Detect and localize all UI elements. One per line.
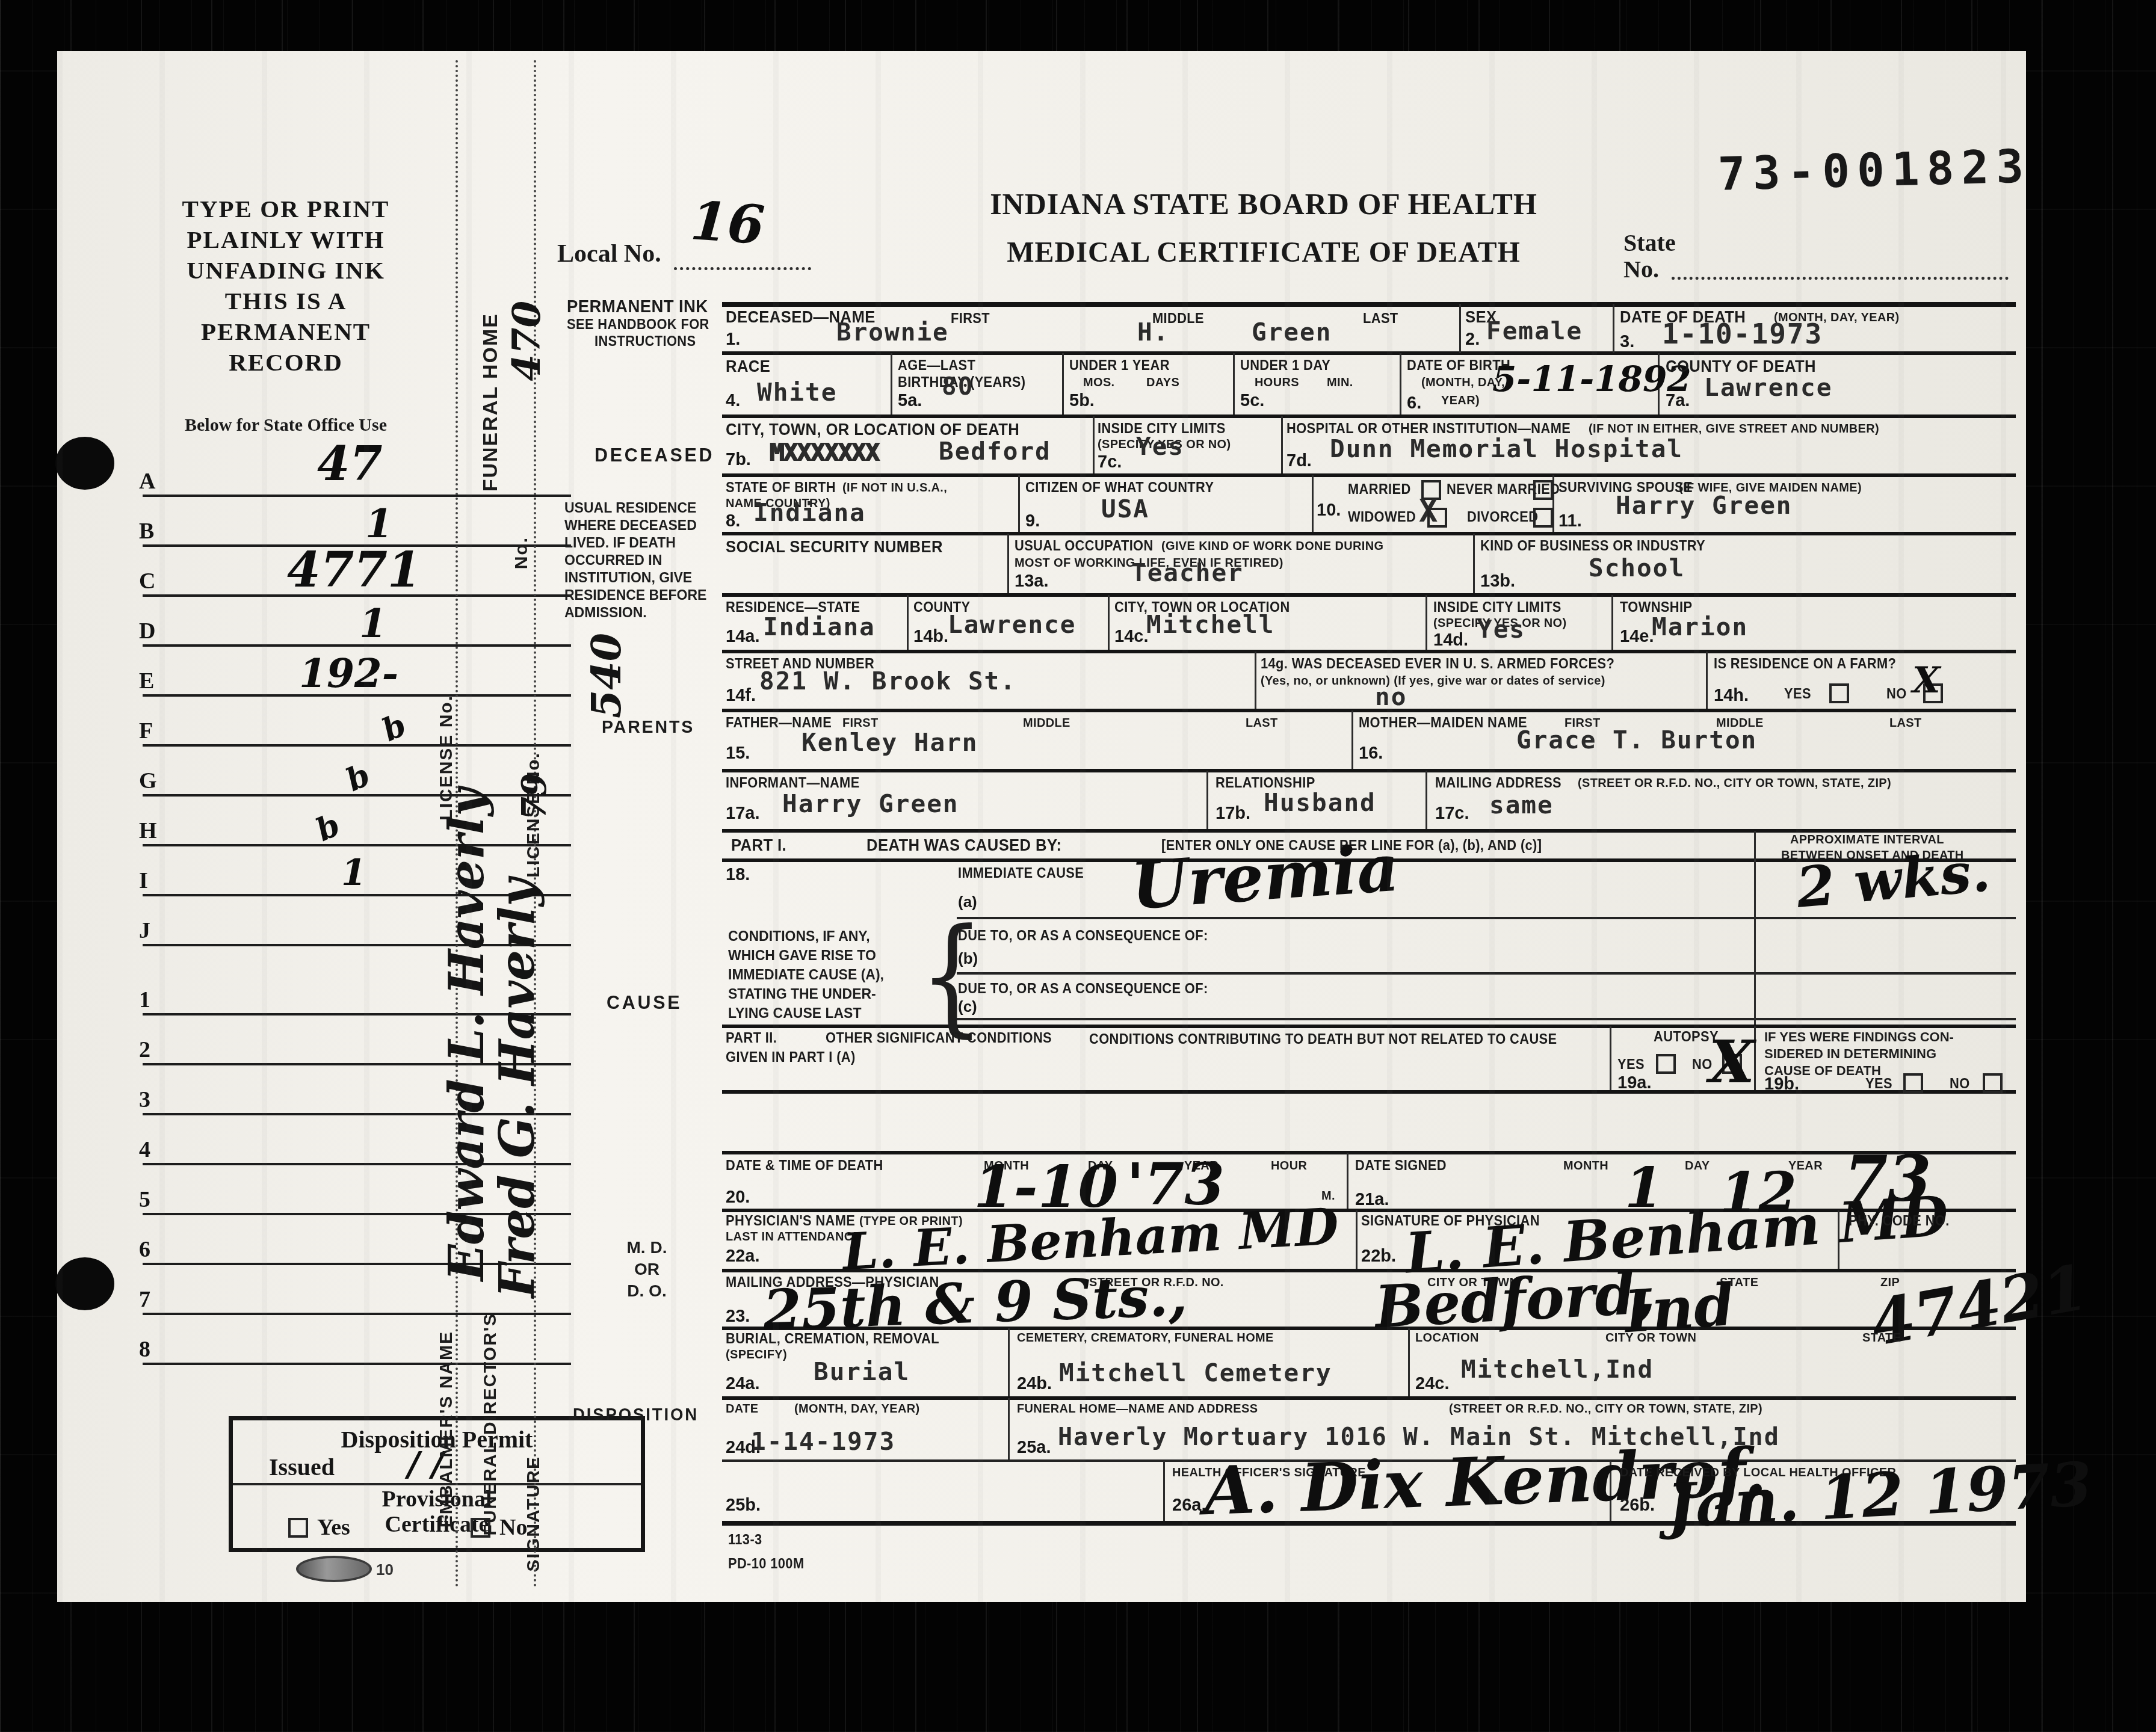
relationship-value: Husband: [1264, 788, 1376, 817]
grid-vline: [1281, 416, 1283, 473]
burial-sub: (SPECIFY): [726, 1348, 787, 1362]
line-value: 47: [317, 437, 383, 492]
item-20-number: 20.: [726, 1188, 750, 1207]
residence-note-line: OCCURRED IN: [564, 552, 706, 569]
residence-note-line: WHERE DECEASED: [564, 517, 706, 534]
grid-vline: [1008, 1398, 1010, 1459]
residence-limits-value: Yes: [1477, 615, 1525, 644]
line-letter: I: [139, 868, 148, 894]
mailing-address-label: MAILING ADDRESS: [1435, 775, 1561, 791]
office-line-C: C4771: [143, 594, 571, 597]
line-value: 4771: [287, 541, 421, 598]
widowed-checkbox: [1427, 508, 1447, 528]
state-office-use-label: Below for State Office Use: [141, 415, 430, 436]
findings-note: IF YES WERE FINDINGS CON- SIDERED IN DET…: [1764, 1029, 1954, 1079]
findings-no-label: NO: [1950, 1076, 1970, 1092]
item-19b-number: 19b.: [1764, 1074, 1799, 1094]
burial-date-label: DATE: [726, 1402, 758, 1416]
burial-date-value: 1-14-1973: [751, 1427, 895, 1456]
mos-label: MOS.: [1083, 375, 1115, 390]
conditions-line: STATING THE UNDER-: [728, 984, 884, 1003]
due-to-1-label: DUE TO, OR AS A CONSEQUENCE OF:: [958, 928, 1208, 944]
residence-state-value: Indiana: [763, 612, 876, 641]
autopsy-yes-label: YES: [1617, 1056, 1645, 1073]
never-married-checkbox: [1533, 480, 1553, 500]
residence-note-line: USUAL RESIDENCE: [564, 499, 706, 517]
findings-yes-label: YES: [1865, 1076, 1892, 1092]
grid-vline: [907, 595, 909, 650]
notice-line: PERMANENT: [144, 316, 427, 347]
physician-name-sub2: LAST IN ATTENDANCE: [726, 1230, 861, 1244]
item-24a-number: 24a.: [726, 1374, 759, 1394]
occupation-label: USUAL OCCUPATION: [1015, 538, 1154, 554]
part-2-title: OTHER SIGNIFICANT CONDITIONS: [826, 1030, 1052, 1046]
grid-vline: [1425, 771, 1427, 829]
item-7c-number: 7c.: [1098, 452, 1122, 472]
grid-vline: [1610, 1026, 1611, 1090]
item-5a-number: 5a.: [898, 391, 922, 411]
grid-vline: [1206, 771, 1208, 829]
line-letter: D: [139, 618, 155, 644]
grid-vline: [1233, 353, 1235, 415]
grid-vline: [1007, 534, 1009, 593]
farm-no-x-mark: X: [1912, 659, 1941, 701]
conditions-line: LYING CAUSE LAST: [728, 1003, 884, 1023]
cause-b-label: (b): [958, 949, 978, 968]
section-disposition: DISPOSITION: [573, 1405, 699, 1425]
certificate-number-stamp: 73-001823: [1717, 139, 2031, 201]
item-26b-number: 26b.: [1620, 1496, 1655, 1515]
or-line: OR: [608, 1259, 686, 1280]
item-17c-number: 17c.: [1435, 804, 1469, 824]
cemetery-value: Mitchell Cemetery: [1059, 1358, 1332, 1387]
item-4-number: 4.: [726, 391, 740, 411]
age-value: 80: [942, 372, 974, 401]
state-no-label-2: No.: [1623, 255, 1659, 283]
father-value: Kenley Harn: [802, 728, 978, 757]
permanent-ink-note-2: SEE HANDBOOK FOR: [567, 316, 709, 333]
state-no-label-1: State: [1623, 229, 1676, 257]
grid-border: [722, 473, 2016, 477]
location-city-label: CITY OR TOWN: [1605, 1331, 1696, 1345]
local-no-line: [674, 267, 811, 270]
line-letter: 8: [139, 1336, 150, 1363]
line-letter: 2: [139, 1037, 150, 1063]
item-7b-number: 7b.: [726, 450, 751, 470]
item-22a-number: 22a.: [726, 1247, 759, 1266]
item-21a-number: 21a.: [1355, 1190, 1389, 1210]
line-letter: 7: [139, 1286, 150, 1313]
findings-line: IF YES WERE FINDINGS CON-: [1764, 1029, 1954, 1046]
item-23-number: 23.: [726, 1307, 750, 1327]
item-25b-number: 25b.: [726, 1496, 761, 1515]
line-letter: E: [139, 668, 154, 694]
middle-name-value: H.: [1137, 318, 1169, 347]
section-cause: CAUSE: [607, 991, 682, 1014]
age-label: AGE—LAST: [898, 357, 975, 374]
burial-label: BURIAL, CREMATION, REMOVAL: [726, 1331, 939, 1347]
item-19a-number: 19a.: [1617, 1073, 1651, 1093]
item-15-number: 15.: [726, 744, 750, 763]
provisional-yes-label: Yes: [317, 1514, 350, 1541]
line-letter: H: [139, 818, 157, 844]
farm-yes-label: YES: [1784, 686, 1811, 702]
date-of-birth-value: 5-11-1892: [1492, 359, 1691, 399]
part-1-label: PART I.: [731, 836, 786, 855]
grid-vline: [1062, 353, 1064, 415]
item-22b-number: 22b.: [1361, 1247, 1396, 1266]
grid-border: [722, 1025, 2016, 1028]
cause-b-line: [957, 972, 2016, 975]
funeral-director-signature: Fred G. Haverly: [489, 878, 545, 1298]
section-deceased: DECEASED: [595, 444, 714, 466]
grid-vline: [1754, 831, 1756, 1025]
item-14h-number: 14h.: [1714, 686, 1749, 706]
city-of-death-struck-value: MXXXXXXX: [769, 438, 878, 467]
cause-c-label: (c): [958, 997, 977, 1016]
state-office-side-number: 540: [582, 633, 631, 718]
grid-border: [722, 532, 2016, 535]
grid-vline: [1163, 1461, 1165, 1521]
permanent-ink-note-1: PERMANENT INK: [567, 297, 708, 317]
mother-value: Grace T. Burton: [1516, 726, 1757, 754]
notice-line: UNFADING INK: [144, 255, 427, 286]
conditions-note: CONDITIONS, IF ANY, WHICH GAVE RISE TO I…: [728, 926, 884, 1023]
signature-vertical-label: SIGNATURE: [524, 1456, 544, 1571]
inside-limits-value: Yes: [1136, 432, 1184, 461]
location-value: Mitchell,Ind: [1461, 1355, 1654, 1384]
line-letter: 6: [139, 1236, 150, 1263]
section-parents: PARENTS: [602, 717, 694, 738]
item-7a-number: 7a.: [1666, 391, 1690, 411]
residence-note-line: ADMISSION.: [564, 604, 706, 621]
residence-note-line: RESIDENCE BEFORE: [564, 587, 706, 604]
funeral-home-label: FUNERAL HOME—NAME AND ADDRESS: [1017, 1402, 1258, 1416]
occupation-sub1: (GIVE KIND OF WORK DONE DURING: [1161, 539, 1383, 553]
spouse-value: Harry Green: [1616, 491, 1793, 520]
armed-forces-sub: (Yes, no, or unknown) (If yes, give war …: [1261, 674, 1605, 688]
armed-forces-label: 14g. WAS DECEASED EVER IN U. S. ARMED FO…: [1261, 656, 1614, 672]
burial-value: Burial: [814, 1357, 910, 1386]
findings-no-checkbox: [1983, 1073, 2003, 1093]
death-caused-by-label: DEATH WAS CAUSED BY:: [866, 836, 1061, 855]
md-line: M. D.: [608, 1237, 686, 1259]
city-of-death-value: Bedford: [939, 437, 1051, 466]
informant-label: INFORMANT—NAME: [726, 775, 860, 791]
item-8-number: 8.: [726, 511, 740, 531]
line-letter: 5: [139, 1186, 150, 1213]
office-line-A: A47: [143, 495, 571, 497]
due-to-2-label: DUE TO, OR AS A CONSEQUENCE OF:: [958, 981, 1208, 997]
form-subtitle: MEDICAL CERTIFICATE OF DEATH: [987, 236, 1540, 269]
grid-vline: [1613, 304, 1614, 353]
item-2-number: 2.: [1465, 330, 1480, 350]
notice-line: RECORD: [144, 347, 427, 378]
grid-border: [722, 351, 2016, 355]
grid-vline: [1008, 1328, 1010, 1396]
farm-label: IS RESIDENCE ON A FARM?: [1714, 656, 1896, 672]
item-6-number: 6.: [1407, 393, 1421, 413]
part-2-note-1: CONDITIONS CONTRIBUTING TO DEATH BUT NOT…: [1089, 1031, 1557, 1047]
mailing-address-sub: (STREET OR R.F.D. NO., CITY OR TOWN, STA…: [1578, 776, 1891, 790]
item-9-number: 9.: [1025, 511, 1040, 531]
grid-vline: [1611, 595, 1613, 650]
state-no-line: [1672, 277, 2009, 280]
residence-limits-label: INSIDE CITY LIMITS: [1433, 599, 1561, 615]
grid-vline: [1255, 652, 1256, 709]
director-license-no: 79: [514, 773, 554, 820]
last-name-value: Green: [1252, 318, 1332, 347]
state-of-birth-label: STATE OF BIRTH: [726, 479, 836, 496]
hospital-value: Dunn Memorial Hospital: [1330, 434, 1683, 463]
usual-residence-note: USUAL RESIDENCE WHERE DECEASED LIVED. IF…: [564, 499, 706, 621]
office-line-D: D1: [143, 644, 571, 647]
sex-value: Female: [1486, 316, 1583, 345]
line-value: 1: [341, 852, 366, 894]
form-title: INDIANA STATE BOARD OF HEALTH: [987, 186, 1540, 221]
provisional-yes-checkbox: [288, 1518, 308, 1538]
divorced-label: DIVORCED: [1467, 509, 1538, 525]
grid-border: [722, 1151, 2016, 1154]
part-2-note-2: GIVEN IN PART I (A): [726, 1049, 856, 1065]
min-label: MIN.: [1327, 375, 1353, 390]
grid-border: [722, 415, 2016, 418]
cause-a-line: [957, 917, 2016, 919]
under-1-year-label: UNDER 1 YEAR: [1069, 357, 1170, 374]
funeral-home-no-value: 470: [504, 301, 549, 381]
race-value: White: [757, 378, 837, 407]
findings-yes-checkbox: [1903, 1073, 1923, 1093]
item-16-number: 16.: [1359, 744, 1383, 763]
print-code: PD-10 100M: [728, 1556, 804, 1572]
state-of-birth-value: Indiana: [753, 498, 866, 527]
item-5c-number: 5c.: [1240, 391, 1264, 411]
grid-border: [722, 769, 2016, 772]
grid-vline: [1347, 1153, 1348, 1209]
immediate-cause-label: IMMEDIATE CAUSE: [958, 865, 1084, 881]
scanned-death-certificate: 73-001823 INDIANA STATE BOARD OF HEALTH …: [0, 0, 2156, 1732]
permit-issued-label: Issued: [269, 1453, 335, 1481]
mailing-address-value: same: [1489, 790, 1554, 819]
cemetery-label: CEMETERY, CREMATORY, FUNERAL HOME: [1017, 1331, 1274, 1345]
line-value: 192-: [299, 650, 398, 697]
grid-vline: [1356, 1210, 1358, 1269]
notice-line: PLAINLY WITH: [144, 224, 427, 255]
street-value: 821 W. Brook St.: [759, 667, 1016, 695]
hours-label: HOURS: [1255, 375, 1299, 390]
item-18-number: 18.: [726, 865, 750, 885]
first-label: FIRST: [951, 310, 990, 327]
grid-vline: [1093, 416, 1095, 473]
item-14e-number: 14e.: [1620, 627, 1654, 647]
part-2-label: PART II.: [726, 1030, 777, 1046]
signed-month-label: MONTH: [1563, 1159, 1608, 1173]
line-letter: A: [139, 468, 155, 495]
item-14f-number: 14f.: [726, 686, 756, 706]
phy-code-label: PHY. CODE NO.: [1849, 1213, 1950, 1229]
line-letter: 4: [139, 1136, 150, 1163]
conditions-line: IMMEDIATE CAUSE (A),: [728, 965, 884, 984]
signed-day-label: DAY: [1685, 1159, 1710, 1173]
grid-vline: [1312, 475, 1314, 532]
office-line-7: 7: [143, 1313, 571, 1315]
permanent-ink-note-3: INSTRUCTIONS: [595, 333, 696, 350]
item-24c-number: 24c.: [1415, 1374, 1449, 1394]
location-state-label: STATE: [1862, 1331, 1901, 1345]
item-10-number: 10.: [1317, 501, 1341, 520]
findings-line: SIDERED IN DETERMINING: [1764, 1046, 1954, 1062]
grid-vline: [1459, 304, 1461, 353]
first-name-value: Brownie: [836, 318, 949, 347]
office-line-H: Hb: [143, 844, 571, 846]
item-14d-number: 14d.: [1433, 630, 1468, 650]
do-line: D. O.: [608, 1280, 686, 1302]
line-value: 1: [365, 500, 393, 547]
father-middle-label: MIDDLE: [1023, 716, 1070, 730]
father-last-label: LAST: [1246, 716, 1278, 730]
date-signed-label: DATE SIGNED: [1355, 1157, 1447, 1174]
location-label: LOCATION: [1415, 1331, 1479, 1345]
widowed-label: WIDOWED: [1348, 509, 1416, 525]
grid-border: [722, 1090, 2016, 1094]
grid-border: [722, 709, 2016, 712]
farm-yes-checkbox: [1829, 683, 1849, 703]
physician-name-label: PHYSICIAN'S NAME: [726, 1213, 855, 1229]
ssn-label: SOCIAL SECURITY NUMBER: [726, 538, 943, 556]
line-letter: 1: [139, 987, 150, 1013]
married-label: MARRIED: [1348, 481, 1411, 498]
informant-value: Harry Green: [782, 789, 959, 818]
local-no-label: Local No.: [557, 239, 661, 268]
grid-border: [722, 302, 2016, 307]
embalmer-name-label: EMBALMER'S NAME: [436, 1331, 457, 1527]
item-14c-number: 14c.: [1114, 627, 1148, 647]
section-md-do: M. D. OR D. O.: [608, 1237, 686, 1302]
mother-last-label: LAST: [1889, 716, 1922, 730]
funeral-director-label: FUNERAL DIRECTOR'S: [480, 1313, 501, 1535]
occupation-value: Teacher: [1131, 558, 1244, 587]
funeral-home-vertical-label: FUNERAL HOME: [479, 313, 502, 492]
type-or-print-notice: TYPE OR PRINT PLAINLY WITH UNFADING INK …: [144, 194, 427, 378]
item-3-number: 3.: [1620, 332, 1634, 352]
office-line-8: 8: [143, 1363, 571, 1365]
county-of-death-value: Lawrence: [1704, 373, 1832, 402]
industry-label: KIND OF BUSINESS OR INDUSTRY: [1480, 538, 1705, 554]
grid-vline: [1473, 534, 1475, 593]
grid-vline: [1108, 595, 1110, 650]
under-1-day-label: UNDER 1 DAY: [1240, 357, 1330, 374]
line-letter: J: [139, 917, 150, 944]
grid-vline: [1706, 652, 1708, 709]
local-no-value: 16: [689, 189, 767, 256]
union-bug-number: 10: [376, 1561, 394, 1579]
union-bug-icon: [296, 1556, 372, 1582]
form-code: 113-3: [728, 1532, 762, 1548]
state-of-birth-sub1: (IF NOT IN U.S.A.,: [842, 481, 947, 495]
race-label: RACE: [726, 357, 770, 376]
punch-hole: [55, 437, 114, 490]
farm-no-label: NO: [1886, 686, 1907, 702]
item-5b-number: 5b.: [1069, 391, 1095, 411]
item-1-number: 1.: [726, 330, 740, 350]
punch-hole: [55, 1257, 114, 1310]
line-letter: F: [139, 718, 153, 744]
date-of-death-value: 1-10-1973: [1662, 318, 1823, 350]
date-time-death-label: DATE & TIME OF DEATH: [726, 1157, 883, 1174]
mother-label: MOTHER—MAIDEN NAME: [1359, 715, 1527, 731]
residence-city-value: Mitchell: [1146, 610, 1274, 639]
item-13a-number: 13a.: [1015, 572, 1048, 591]
office-line-E: E192-: [143, 694, 571, 697]
brace-icon: {: [919, 901, 984, 1050]
item-14b-number: 14b.: [913, 627, 948, 647]
grid-vline: [1425, 595, 1427, 650]
conditions-line: CONDITIONS, IF ANY,: [728, 926, 884, 946]
funeral-home-sub: (STREET OR R.F.D. NO., CITY OR TOWN, STA…: [1449, 1402, 1762, 1416]
industry-value: School: [1589, 553, 1685, 582]
line-value: 1: [359, 600, 387, 647]
divorced-checkbox: [1533, 508, 1553, 528]
item-11-number: 11.: [1558, 511, 1582, 531]
residence-county-value: Lawrence: [948, 610, 1076, 639]
line-letter: G: [139, 768, 157, 794]
funeral-home-no-label: No.: [511, 537, 532, 569]
grid-border: [722, 650, 2016, 653]
last-label: LAST: [1363, 310, 1398, 327]
hour-label: HOUR: [1271, 1159, 1307, 1173]
line-letter: C: [139, 568, 155, 594]
line-letter: 3: [139, 1086, 150, 1113]
item-17b-number: 17b.: [1215, 804, 1250, 824]
armed-forces-value: no: [1375, 682, 1407, 711]
citizen-label: CITIZEN OF WHAT COUNTRY: [1025, 479, 1214, 496]
cause-c-line: [957, 1018, 2016, 1020]
residence-note-line: INSTITUTION, GIVE: [564, 569, 706, 587]
notice-line: THIS IS A: [144, 286, 427, 316]
office-line-F: Fb: [143, 744, 571, 747]
grid-vline: [1018, 475, 1020, 532]
item-14a-number: 14a.: [726, 627, 759, 647]
burial-date-sub: (MONTH, DAY, YEAR): [794, 1402, 920, 1416]
item-7d-number: 7d.: [1286, 451, 1312, 471]
embalmer-signature: Edward L. Haverly: [438, 788, 495, 1281]
line-letter: B: [139, 518, 154, 544]
autopsy-yes-checkbox: [1656, 1054, 1676, 1074]
grid-vline: [1400, 353, 1401, 415]
item-24b-number: 24b.: [1017, 1374, 1052, 1394]
office-line-G: Gb: [143, 794, 571, 797]
conditions-line: WHICH GAVE RISE TO: [728, 946, 884, 965]
grid-border: [722, 593, 2016, 597]
grid-vline: [891, 353, 892, 415]
item-13b-number: 13b.: [1480, 572, 1515, 591]
days-label: DAYS: [1146, 375, 1179, 390]
grid-border: [722, 1396, 2016, 1400]
item-26a-number: 26a.: [1172, 1496, 1206, 1515]
township-value: Marion: [1652, 612, 1748, 641]
item-25a-number: 25a.: [1017, 1438, 1051, 1458]
notice-line: TYPE OR PRINT: [144, 194, 427, 224]
item-17a-number: 17a.: [726, 804, 759, 824]
grid-vline: [1351, 710, 1353, 769]
date-of-birth-sub2: YEAR): [1441, 393, 1480, 408]
citizen-value: USA: [1101, 495, 1149, 523]
autopsy-no-x-mark: X: [1709, 1028, 1755, 1097]
residence-note-line: LIVED. IF DEATH: [564, 534, 706, 552]
